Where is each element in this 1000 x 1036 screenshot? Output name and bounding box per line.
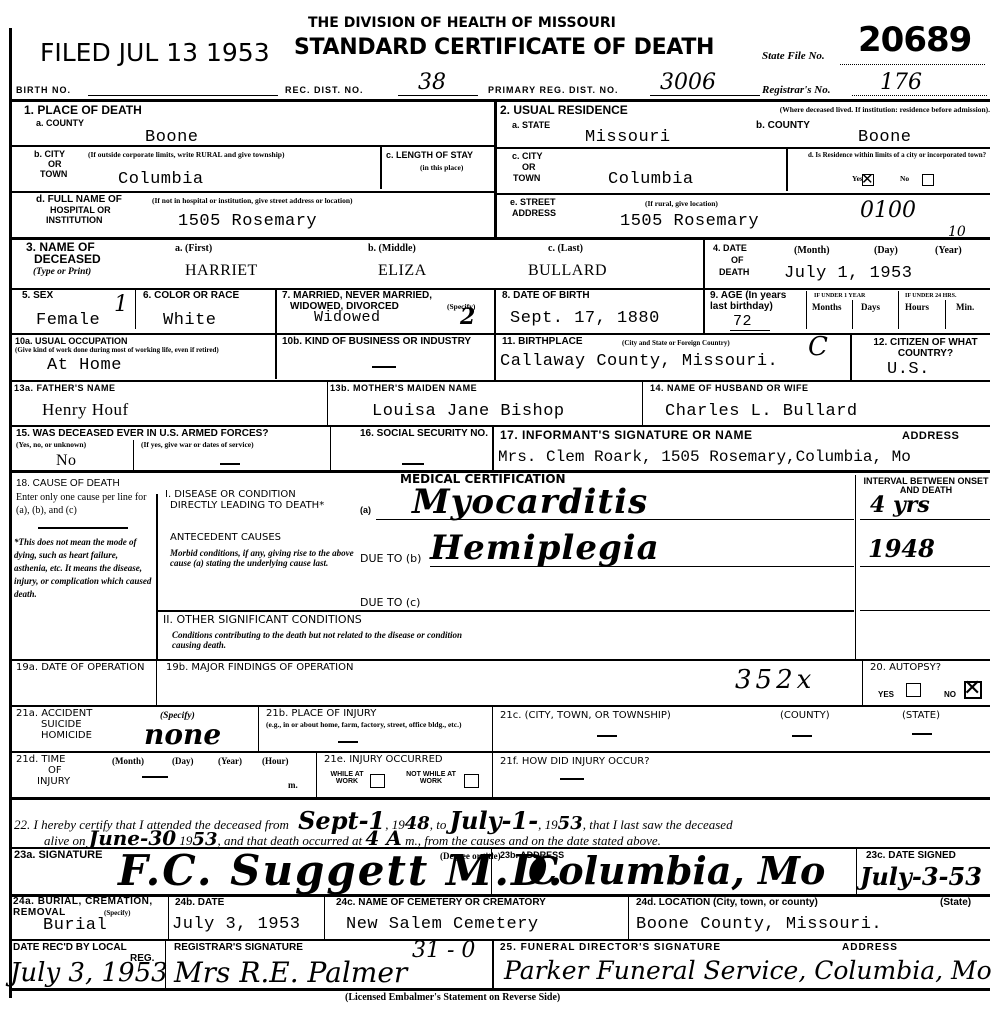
occupation-value: At Home	[47, 356, 122, 375]
res-street-label-a: e. STREET	[510, 198, 556, 207]
place-of-injury-dash	[338, 741, 358, 743]
injury-year-label: (Year)	[218, 757, 242, 767]
occupation-note: (Give kind of work done during most of w…	[15, 347, 273, 355]
part1-label-b: DIRECTLY LEADING TO DEATH*	[170, 501, 324, 512]
physician-signature: F.C. Suggett M.D.	[118, 846, 565, 895]
under24-label: If under 24 hrs.	[905, 293, 956, 300]
rec-dist-label: REC. DIST. NO.	[285, 86, 364, 95]
last-name-value: BULLARD	[528, 262, 607, 280]
birthplace-citizen-divider	[850, 334, 852, 380]
dob-age-divider	[703, 289, 705, 334]
sex-value: Female	[36, 311, 100, 330]
cause-a-line	[376, 519, 854, 520]
race-label: 6. COLOR OR RACE	[143, 291, 239, 302]
business-label: 10b. KIND OF BUSINESS OR INDUSTRY	[282, 337, 487, 348]
dod-label-c: DEATH	[719, 268, 749, 277]
pod-row-divider-2	[10, 191, 494, 193]
citizen-label: 12. CITIZEN OF WHAT COUNTRY?	[858, 338, 993, 359]
antecedent-note: Morbid conditions, if any, giving rise t…	[170, 548, 360, 569]
antecedent-label: ANTECEDENT CAUSES	[170, 533, 281, 544]
middle-name-label: b. (Middle)	[368, 243, 416, 254]
autopsy-label: 20. AUTOPSY?	[870, 663, 941, 674]
signature-address-divider	[491, 848, 492, 894]
accident-place-divider	[258, 706, 259, 751]
cause-left-divider	[156, 494, 158, 659]
left-margin-border	[9, 28, 12, 998]
registrars-no-label: Registrar's No.	[762, 84, 830, 96]
age-months-divider	[806, 291, 807, 329]
autopsy-yes-label: YES	[878, 691, 894, 699]
injury-state-label: (STATE)	[902, 711, 940, 722]
disposition-date-divider	[168, 895, 169, 940]
not-while-at-work-checkbox[interactable]	[464, 774, 479, 788]
operation-findings-label: 19b. MAJOR FINDINGS OF OPERATION	[166, 663, 353, 674]
cause-instr-rule	[38, 527, 128, 529]
business-birthplace-divider	[494, 334, 496, 380]
hospital-label-c: INSTITUTION	[46, 216, 103, 225]
pod-county-label: a. COUNTY	[36, 119, 84, 128]
dob-value: Sept. 17, 1880	[510, 309, 660, 328]
registrars-no-line	[852, 95, 987, 96]
res-margin-code: 0100	[860, 198, 916, 223]
within-limits-label: d. Is Residence within limits of a city …	[808, 152, 988, 160]
injury-m-label: m.	[288, 781, 298, 791]
row-divider-accident	[10, 751, 990, 753]
min-label: Min.	[956, 303, 974, 313]
months-days-divider	[852, 300, 853, 329]
part1-label-a: I. DISEASE OR CONDITION	[165, 490, 296, 501]
rec-dist-line	[398, 95, 478, 96]
other-conditions-label: II. OTHER SIGNIFICANT CONDITIONS	[163, 614, 362, 626]
res-state-label: a. STATE	[512, 121, 550, 130]
pod-row-divider-1	[10, 145, 494, 147]
cause-a-value: Myocarditis	[412, 482, 648, 522]
registrar-funeral-divider	[492, 940, 494, 988]
location-value: Boone County, Missouri.	[636, 915, 882, 934]
res-city-value: Columbia	[608, 170, 694, 189]
race-value: White	[163, 311, 217, 330]
armed-forces-value: No	[56, 452, 77, 470]
father-label: 13a. FATHER'S NAME	[14, 384, 116, 393]
interval-c-line	[860, 610, 990, 611]
res-street-value: 1505 Rosemary	[620, 212, 759, 231]
date-signed-value: July-3-53	[860, 862, 982, 891]
last-name-label: c. (Last)	[548, 243, 583, 254]
pod-city-value: Columbia	[118, 170, 204, 189]
date-signed-label: 23c. DATE SIGNED	[866, 851, 956, 862]
res-street-label-b: ADDRESS	[512, 209, 556, 218]
row-divider-occupation	[10, 380, 990, 382]
informant-label: 17. INFORMANT'S SIGNATURE OR NAME	[500, 429, 752, 442]
within-limits-no-checkbox[interactable]	[922, 174, 934, 186]
row-divider-burial	[10, 939, 990, 941]
name-label-b: DECEASED	[34, 253, 101, 266]
time-injury-label-b: OF	[48, 766, 62, 777]
division-heading: THE DIVISION OF HEALTH OF MISSOURI	[308, 16, 616, 31]
other-conditions-note: Conditions contributing to the death but…	[172, 630, 472, 651]
usual-residence-heading: 2. USUAL RESIDENCE	[500, 104, 628, 117]
due-to-b-label: DUE TO (b)	[360, 553, 421, 565]
accident-label-c: HOMICIDE	[41, 731, 92, 742]
res-row-divider-1	[496, 147, 990, 149]
hours-label: Hours	[905, 303, 929, 313]
birthplace-note: (City and State or Foreign Country)	[622, 340, 730, 348]
age-label: 9. AGE (In years last birthday)	[710, 291, 805, 312]
cemetery-label: 24c. NAME OF CEMETERY OR CREMATORY	[336, 898, 546, 909]
while-at-work-label: WHILE AT WORK	[326, 771, 368, 786]
marital-dob-divider	[494, 289, 496, 334]
length-of-stay-label: c. LENGTH OF STAY	[386, 151, 491, 160]
disposition-value: Burial	[43, 916, 107, 935]
state-file-number: 20689	[858, 20, 971, 60]
dod-year-label: (Year)	[935, 245, 962, 256]
burial-date-label: 24b. DATE	[175, 898, 224, 909]
cause-label: 18. CAUSE OF DEATH	[16, 478, 120, 489]
col-divider-1-2	[494, 101, 497, 238]
interval-b-value: 1948	[868, 534, 935, 563]
disposition-label: 24a. BURIAL, CREMATION, REMOVAL	[13, 897, 168, 918]
cause-b-value: Hemiplegia	[430, 528, 660, 568]
location-label: 24d. LOCATION (City, town, or county)	[636, 898, 818, 909]
pod-city-divider	[380, 147, 382, 189]
place-of-injury-label: 21b. PLACE OF INJURY	[266, 709, 376, 720]
dod-day-label: (Day)	[874, 245, 898, 256]
primary-reg-line	[650, 95, 760, 96]
row-divider-operation	[10, 705, 990, 707]
armed-ssn-divider	[330, 426, 331, 471]
operation-date-label: 19a. DATE OF OPERATION	[16, 663, 151, 674]
dod-label-a: 4. DATE	[713, 244, 747, 253]
injury-city-dash	[597, 735, 617, 737]
injury-state-dash	[912, 733, 932, 735]
marital-label-a: 7. MARRIED, NEVER MARRIED,	[282, 291, 432, 302]
hospital-label-a: d. FULL NAME OF	[36, 195, 122, 206]
months-label: Months	[812, 303, 842, 313]
res-city-label-c: TOWN	[513, 174, 540, 183]
medical-code: 352x	[735, 665, 815, 695]
cause-c-line	[158, 610, 854, 612]
middle-name-value: ELIZA	[378, 262, 427, 280]
hospital-value: 1505 Rosemary	[178, 212, 317, 231]
injury-time-dash	[142, 776, 168, 778]
dod-label-b: OF	[731, 256, 744, 265]
cause-instructions: Enter only one cause per line for (a), (…	[16, 491, 156, 517]
autopsy-no-label: NO	[944, 691, 956, 699]
time-injury-label-a: 21d. TIME	[16, 755, 65, 766]
time-occurred-divider	[316, 752, 317, 797]
first-name-label: a. (First)	[175, 243, 212, 254]
res-street-note: (If rural, give location)	[645, 200, 718, 208]
armed-service-dash	[220, 463, 240, 465]
not-while-at-work-label: NOT WHILE AT WORK	[400, 771, 462, 786]
state-file-label: State File No.	[762, 50, 825, 62]
res-city-label-b: OR	[522, 163, 536, 172]
hospital-note: (If not in hospital or institution, give…	[152, 197, 492, 205]
recd-registrar-divider	[165, 940, 166, 988]
marital-code: 2	[460, 304, 475, 330]
sex-race-divider	[135, 289, 136, 329]
under1-label: If under 1 year	[814, 293, 865, 300]
registrar-margin-note: 31 - 0	[412, 938, 475, 963]
age-value: 72	[733, 313, 752, 330]
sex-label: 5. SEX	[22, 291, 53, 302]
name-label-c: (Type or Print)	[33, 267, 91, 278]
cemetery-location-divider	[628, 895, 629, 940]
res-row-divider-2	[496, 193, 990, 195]
cause-footnote: *This does not mean the mode of dying, s…	[14, 536, 154, 601]
interval-a-value: 4 yrs	[870, 492, 930, 518]
physician-address: Columbia, Mo	[528, 848, 825, 893]
rec-dist-value: 38	[418, 70, 446, 95]
informant-address-label: ADDRESS	[902, 431, 959, 443]
birthplace-code: C	[808, 332, 828, 362]
registrar-signature: Mrs R.E. Palmer	[174, 956, 407, 989]
how-injury-label: 21f. HOW DID INJURY OCCUR?	[500, 757, 650, 768]
days-hours-divider	[898, 291, 899, 329]
spouse-value: Charles L. Bullard	[665, 402, 858, 421]
father-mother-divider	[327, 381, 328, 426]
date-recd-label-a: DATE REC'D BY LOCAL	[13, 943, 127, 954]
primary-reg-label: PRIMARY REG. DIST. NO.	[488, 86, 619, 95]
accident-label-b: SUICIDE	[41, 720, 82, 731]
spouse-label: 14. NAME OF HUSBAND OR WIFE	[650, 384, 809, 393]
funeral-director-label: 25. FUNERAL DIRECTOR'S SIGNATURE	[500, 943, 721, 954]
birthplace-label: 11. BIRTHPLACE	[502, 337, 583, 348]
res-state-value: Missouri	[585, 128, 671, 147]
interval-b-line	[860, 566, 990, 567]
place-of-injury-note: (e.g., in or about home, farm, factory, …	[266, 721, 486, 729]
operation-divider	[156, 660, 157, 705]
certificate-title: STANDARD CERTIFICATE OF DEATH	[294, 35, 714, 60]
interval-a-line	[860, 519, 990, 520]
filed-stamp: FILED JUL 13 1953	[40, 38, 270, 67]
res-county-label: b. COUNTY	[756, 121, 810, 132]
injury-county-dash	[792, 735, 812, 737]
mother-spouse-divider	[642, 381, 643, 426]
header-divider	[10, 99, 990, 102]
row-divider-injury	[10, 797, 990, 800]
ssn-label: 16. SOCIAL SECURITY NO.	[338, 429, 488, 440]
informant-value: Mrs. Clem Roark, 1505 Rosemary,Columbia,…	[498, 448, 911, 466]
accident-label-a: 21a. ACCIDENT	[16, 709, 92, 720]
date-recd-value: July 3, 1953	[10, 958, 168, 988]
cause-a-marker: (a)	[360, 506, 371, 515]
injury-hour-label: (Hour)	[262, 757, 289, 767]
res-city-divider	[786, 149, 788, 191]
row-divider-sex	[10, 333, 990, 335]
dob-label: 8. DATE OF BIRTH	[502, 291, 590, 302]
pod-city-label-c: TOWN	[40, 170, 67, 179]
ssn-dash	[402, 463, 424, 465]
marital-value: Widowed	[314, 309, 381, 326]
business-dash	[372, 366, 396, 368]
location-state-label: (State)	[940, 898, 971, 909]
citizen-value: U.S.	[887, 360, 930, 379]
cause-b-line	[430, 566, 854, 567]
hours-min-divider	[945, 300, 946, 329]
burial-date-value: July 3, 1953	[172, 915, 300, 934]
row-divider-medical	[10, 659, 990, 661]
due-to-c-label: DUE TO (c)	[360, 597, 420, 609]
certify-text-c: alive on	[44, 833, 86, 848]
age-underline	[730, 330, 770, 331]
row-divider-parents	[10, 425, 990, 427]
primary-reg-value: 3006	[660, 70, 716, 95]
armed-forces-note-a: (Yes, no, or unknown)	[16, 441, 86, 449]
usual-residence-note: (Where deceased lived. If institution: r…	[665, 106, 990, 114]
birth-no-line	[88, 95, 278, 96]
address-date-divider	[856, 848, 857, 894]
time-injury-label-c: INJURY	[37, 777, 70, 788]
armed-forces-subdivider	[133, 440, 134, 470]
res-county-value: Boone	[858, 128, 912, 147]
funeral-address-label: ADDRESS	[842, 943, 898, 954]
pod-city-note: (If outside corporate limits, write RURA…	[88, 151, 328, 159]
accident-value: none	[144, 718, 221, 751]
interval-divider	[855, 475, 856, 660]
father-value: Henry Houf	[42, 400, 129, 420]
state-file-underline	[840, 64, 985, 65]
footer-note: (Licensed Embalmer's Statement on Revers…	[345, 992, 560, 1003]
registrars-no-value: 176	[880, 70, 922, 95]
injury-county-label: (COUNTY)	[780, 711, 830, 722]
dod-value: July 1, 1953	[784, 264, 912, 283]
registrar-signature-label: REGISTRAR'S SIGNATURE	[174, 943, 303, 954]
date-of-death-divider	[703, 239, 705, 288]
birth-no-label: BIRTH NO.	[16, 86, 71, 95]
signature-label: 23a. SIGNATURE	[14, 850, 102, 862]
length-of-stay-note: (in this place)	[420, 164, 463, 172]
while-at-work-checkbox[interactable]	[370, 774, 385, 788]
first-name-value: HARRIET	[185, 262, 258, 280]
within-limits-no-label: No	[900, 175, 909, 183]
injury-occurred-label: 21e. INJURY OCCURRED	[324, 755, 443, 766]
form-bottom-border	[10, 988, 990, 991]
sex-code: 1	[114, 292, 128, 317]
cemetery-value: New Salem Cemetery	[346, 915, 539, 934]
how-injury-dash	[560, 778, 584, 780]
place-of-death-heading: 1. PLACE OF DEATH	[24, 104, 142, 117]
injury-month-label: (Month)	[112, 757, 144, 767]
armed-forces-label: 15. WAS DECEASED EVER IN U.S. ARMED FORC…	[16, 429, 268, 440]
section-divider-3	[10, 237, 990, 240]
armed-forces-note-b: (If yes, give war or dates of service)	[141, 441, 254, 449]
disposition-note: (Specify)	[104, 910, 130, 918]
autopsy-divider	[862, 660, 863, 705]
mother-value: Louisa Jane Bishop	[372, 402, 565, 421]
res-city-label-a: c. CITY	[512, 152, 543, 161]
mother-label: 13b. MOTHER'S MAIDEN NAME	[330, 384, 477, 393]
checkmark-icon: ✕	[861, 170, 874, 188]
days-label: Days	[861, 303, 880, 313]
injury-day-label: (Day)	[172, 757, 194, 767]
dod-month-label: (Month)	[794, 245, 830, 256]
ssn-informant-divider	[492, 426, 494, 471]
injury-city-label: 21c. (CITY, TOWN, OR TOWNSHIP)	[500, 711, 671, 722]
birthplace-value: Callaway County, Missouri.	[500, 352, 778, 371]
autopsy-yes-checkbox[interactable]	[906, 683, 921, 697]
funeral-director-value: Parker Funeral Service, Columbia, Mo	[504, 956, 992, 985]
checkmark-icon: ✕	[963, 676, 981, 701]
date-cemetery-divider	[324, 895, 325, 940]
